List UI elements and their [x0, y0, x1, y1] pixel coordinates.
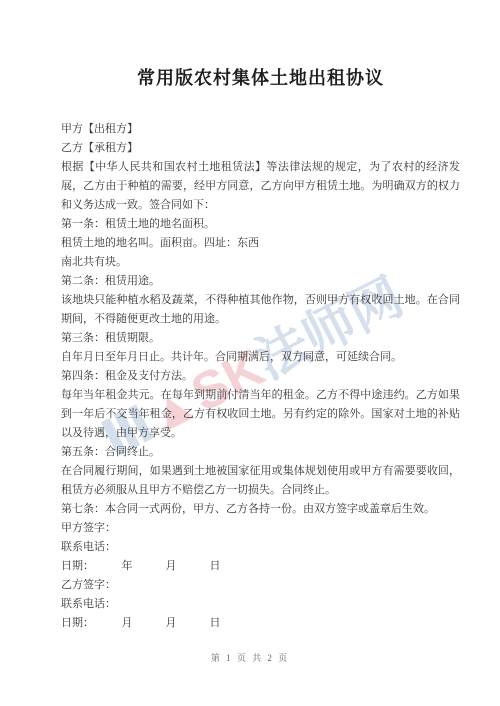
clause-4-heading: 第四条：租金及支付方法。 — [61, 367, 460, 386]
clause-7-paragraph: 第七条：本合同一式两份，甲方、乙方各持一份。由双方签字或盖章后生效。 — [61, 500, 460, 519]
party-a-signature-line: 甲方签字： — [61, 519, 460, 538]
page-title: 常用版农村集体土地出租协议 — [61, 64, 460, 90]
paragraph: 南北共有块。 — [61, 253, 460, 272]
paragraph: 租赁土地的地名叫。面积亩。四址：东西 — [61, 234, 460, 253]
clause-2-heading: 第二条：租赁用途。 — [61, 272, 460, 291]
party-b-date-line: 日期： 月 月 日 — [61, 614, 460, 633]
party-b-line: 乙方【承租方】 — [61, 139, 460, 158]
preamble-paragraph: 根据【中华人民共和国农村土地租赁法】等法律法规的规定，为了农村的经济发展，乙方由… — [61, 158, 460, 215]
clause-1-heading: 第一条：租赁土地的地名面积。 — [61, 215, 460, 234]
footer-page-number: 第 1 页 共 2 页 — [0, 651, 500, 664]
party-a-line: 甲方【出租方】 — [61, 120, 460, 139]
clause-5-heading: 第五条：合同终止。 — [61, 443, 460, 462]
paragraph: 每年当年租金共元。在每年到期前付清当年的租金。乙方不得中途违约。乙方如果到一年后… — [61, 386, 460, 443]
party-b-phone-line: 联系电话： — [61, 595, 460, 614]
paragraph: 在合同履行期间，如果遇到土地被国家征用或集体规划使用或甲方有需要要收回，租赁方必… — [61, 462, 460, 500]
party-b-signature-line: 乙方签字： — [61, 576, 460, 595]
paragraph: 该地块只能种植水稻及蔬菜，不得种植其他作物，否则甲方有权收回土地。在合同期间，不… — [61, 291, 460, 329]
document-body: 甲方【出租方】 乙方【承租方】 根据【中华人民共和国农村土地租赁法】等法律法规的… — [61, 120, 460, 633]
clause-3-heading: 第三条：租赁期限。 — [61, 329, 460, 348]
party-a-date-line: 日期： 年 月 日 — [61, 557, 460, 576]
document-page: Ⅲ▲SK法师网 常用版农村集体土地出租协议 甲方【出租方】 乙方【承租方】 根据… — [0, 0, 500, 706]
paragraph: 自年月日至年月日止。共计年。合同期满后，双方同意，可延续合同。 — [61, 348, 460, 367]
party-a-phone-line: 联系电话： — [61, 538, 460, 557]
